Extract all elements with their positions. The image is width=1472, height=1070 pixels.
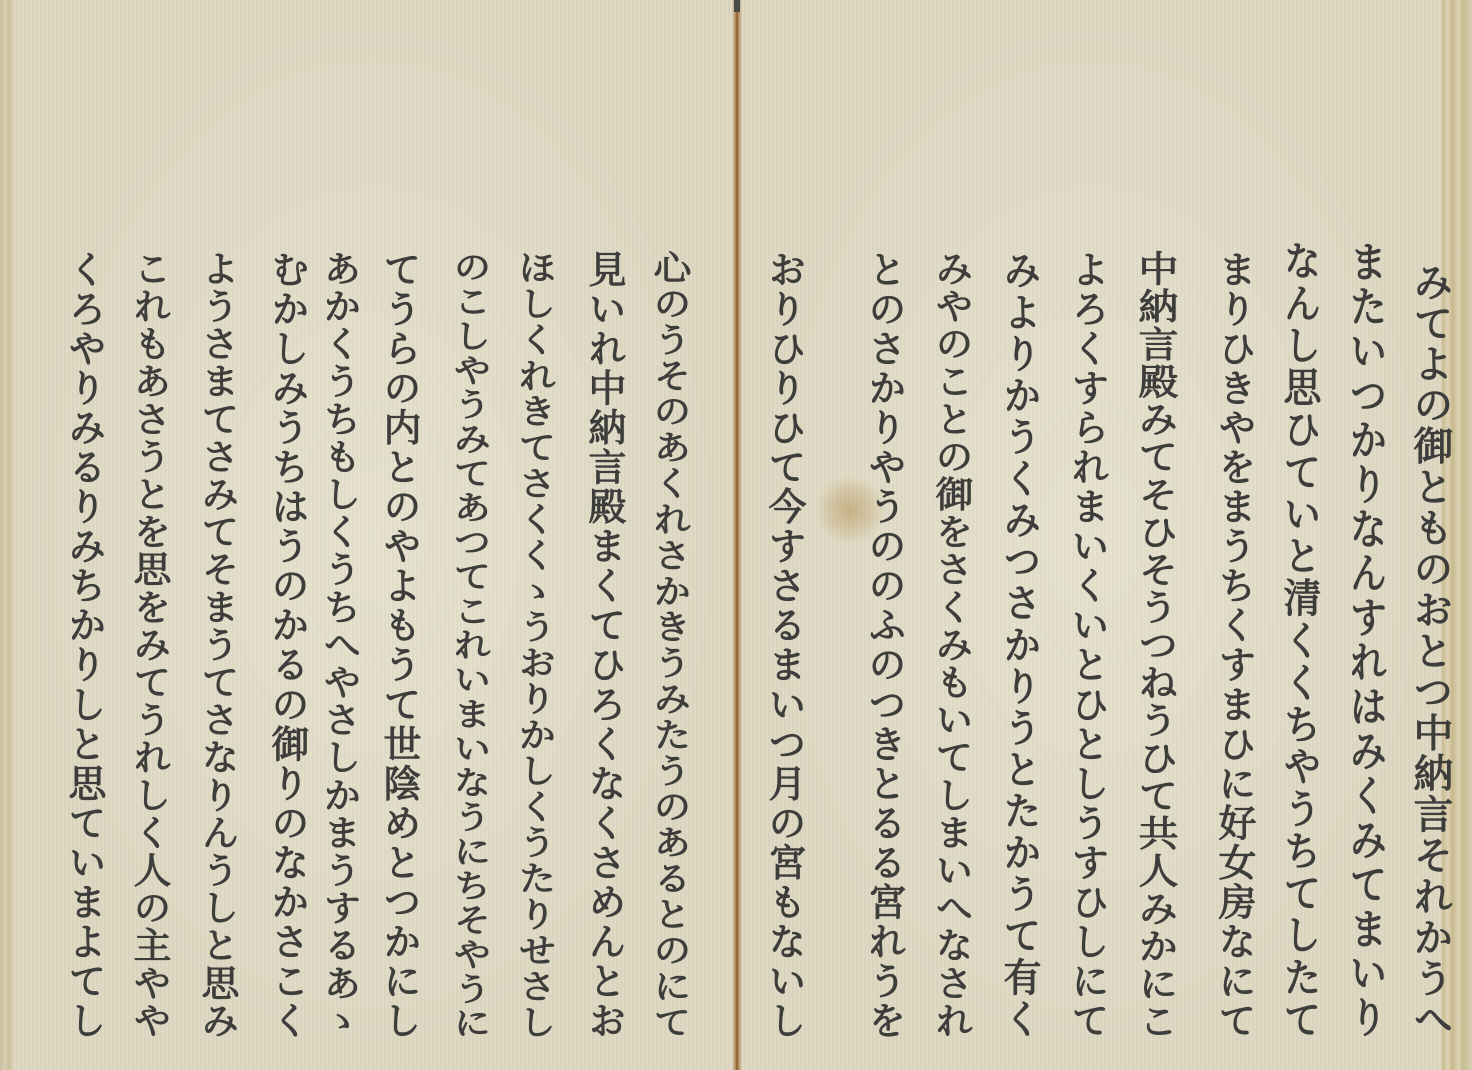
text-column: ほしくれきてさくくゝうおりかしくうたりせさし (515, 250, 553, 1040)
text-column: のこしやうみてあつてこれいまいなうにちそやうに (450, 250, 488, 1040)
text-column: またいつかりなんすれはみくみてまいり (1346, 240, 1384, 1040)
text-column: 中納言殿みてそひそうつねうひて共人みかにこ (1135, 250, 1175, 1040)
text-column: これもあさうとを思をみてうれしく人の主やや (130, 250, 168, 1040)
text-column: くろやりみるりみちかりしと思ていまよてし (65, 250, 103, 1040)
text-column: みてよの御とものおとつ中納言それかうへ (1410, 262, 1450, 1040)
text-column: 見いれ中納言殿まくてひろくなくさめんとお (585, 250, 623, 1040)
text-column: まりひきやをまうちくすまひに好女房なにて (1215, 250, 1253, 1040)
text-column: とのさかりやうののふのつきとるる宮れうを (865, 250, 903, 1040)
text-column: 心のうそのあくれさかきうみたうのあるとのにて (650, 250, 688, 1040)
text-column: みやのことの御をさくみもいてしまいへなされ (932, 250, 970, 1040)
left-book-edge (0, 0, 14, 1070)
text-column: むかしみうちはうのかるの御りのなかさこく (268, 250, 306, 1040)
text-column: よろくすられまいくいとひとしうすひしにて (1068, 250, 1106, 1040)
text-column: なんし思ひていと清くくちやうちてしたて (1280, 240, 1318, 1040)
book-spread: みてよの御とものおとつ中納言それかうへ またいつかりなんすれはみくみてまいり な… (0, 0, 1472, 1070)
text-column: ようさまてさみてそまうてさなりんうしと思み (198, 250, 236, 1040)
book-gutter (732, 0, 742, 1070)
text-column: あかくうちもしくうちへやさしかまうするあゝ (320, 250, 358, 1040)
text-column: てうらの内とのやよもうて世陰めとつかにし (380, 250, 418, 1040)
text-column: おりひりひて今すさるまいつ月の宮もないし (765, 250, 803, 1040)
gutter-binding-mark (734, 0, 740, 12)
text-column: みよりかうくみつさかりうとたかうて有く (1000, 250, 1038, 1040)
